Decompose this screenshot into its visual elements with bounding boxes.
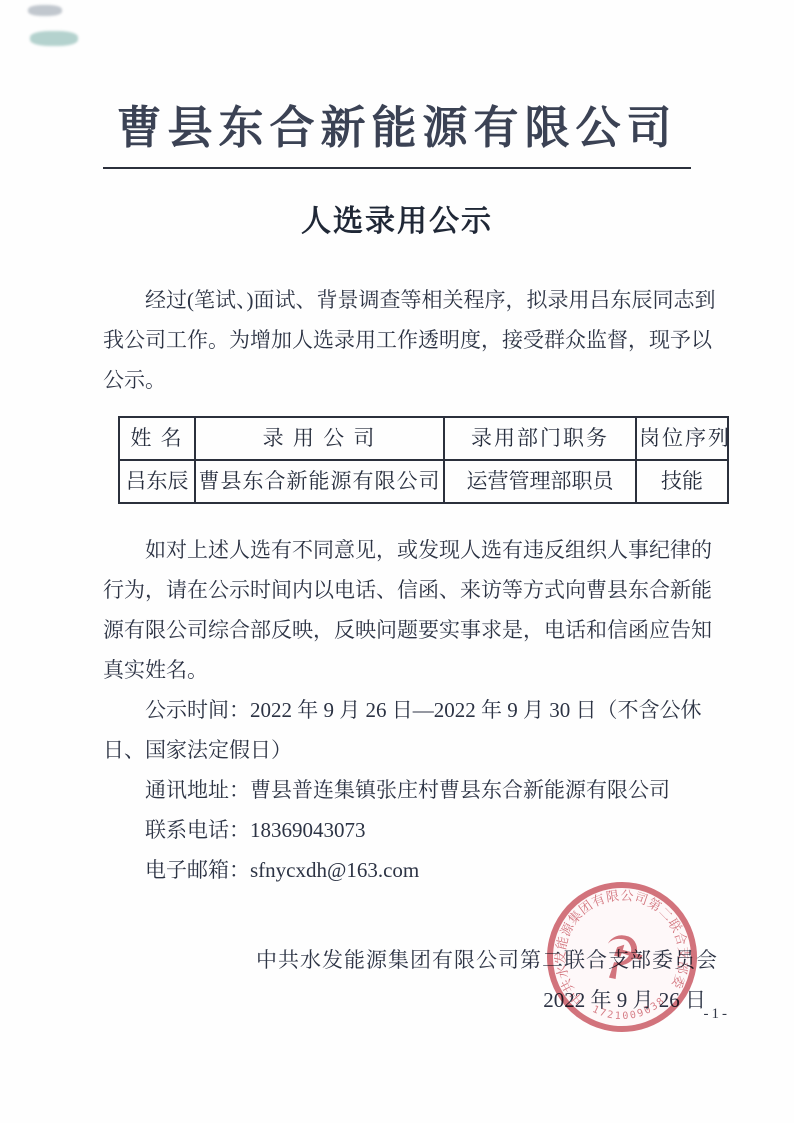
table-row: 吕东辰 曹县东合新能源有限公司 运营管理部职员 技能: [119, 460, 728, 503]
header-department: 录用部门职务: [444, 417, 636, 460]
signature-block: 中共水发能源集团有限公司第二联合支部委员会 2022 年 9 月 26 日: [103, 940, 718, 1020]
recruitment-table: 姓 名 录 用 公 司 录用部门职务 岗位序列 吕东辰 曹县东合新能源有限公司 …: [118, 416, 729, 504]
title-underline: [103, 167, 691, 169]
cell-department: 运营管理部职员: [444, 460, 636, 503]
phone-line: 联系电话：18369043073: [103, 810, 718, 850]
document-body: 经过(笔试、)面试、背景调查等相关程序，拟录用吕东辰同志到我公司工作。为增加人选…: [0, 280, 794, 1020]
header-name: 姓 名: [119, 417, 195, 460]
scan-ink-artifact: [30, 31, 78, 46]
header-company: 录 用 公 司: [195, 417, 444, 460]
cell-name: 吕东辰: [119, 460, 195, 503]
intro-paragraph: 经过(笔试、)面试、背景调查等相关程序，拟录用吕东辰同志到我公司工作。为增加人选…: [103, 280, 718, 400]
header-position-series: 岗位序列: [636, 417, 728, 460]
email-line: 电子邮箱：sfnycxdh@163.com: [103, 850, 718, 890]
company-title: 曹县东合新能源有限公司: [40, 104, 754, 154]
publicity-time-line: 公示时间：2022 年 9 月 26 日—2022 年 9 月 30 日（不含公…: [103, 690, 718, 770]
scan-smudge-artifact: [28, 5, 62, 16]
address-line: 通讯地址：曹县普连集镇张庄村曹县东合新能源有限公司: [103, 770, 718, 810]
objection-paragraph: 如对上述人选有不同意见，或发现人选有违反组织人事纪律的行为，请在公示时间内以电话…: [103, 530, 718, 690]
cell-company: 曹县东合新能源有限公司: [195, 460, 444, 503]
announcement-subtitle: 人选录用公示: [0, 196, 794, 240]
signature-org: 中共水发能源集团有限公司第二联合支部委员会: [103, 940, 718, 980]
cell-position-series: 技能: [636, 460, 728, 503]
document-page: 曹县东合新能源有限公司 人选录用公示 经过(笔试、)面试、背景调查等相关程序，拟…: [0, 0, 794, 1123]
signature-date: 2022 年 9 月 26 日: [103, 980, 718, 1020]
table-header-row: 姓 名 录 用 公 司 录用部门职务 岗位序列: [119, 417, 728, 460]
